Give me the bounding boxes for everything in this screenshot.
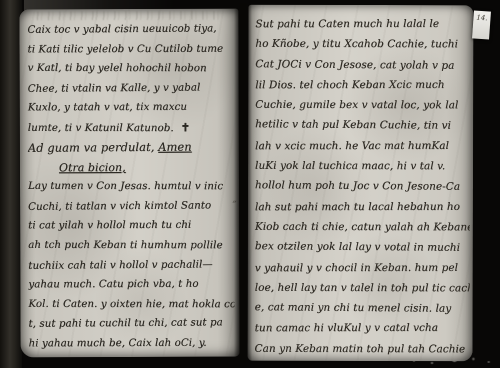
manuscript-line: ho Kñobe, y titu Xcahob Cachie, tuchi xyxy=(255,34,470,55)
book-gutter xyxy=(234,3,252,363)
manuscript-line: hollol hum poh tu Joc v Con Jesone-Ca xyxy=(255,176,470,198)
manuscript-line: e, cat mani yn chi tu menel cisin. lay xyxy=(255,297,470,319)
manuscript-line: Kiob cach ti chie, catun yalah ah Kebane xyxy=(255,217,470,238)
manuscript-line: Can yn Keban matin toh pul tah Cachie xyxy=(255,338,470,359)
manuscript-line: Sut pahi tu Caten much hu lalal le xyxy=(255,14,470,35)
section-heading-text: Otra bicion, xyxy=(59,161,126,174)
manuscript-line: lil Dios. tel choch Keban Xcic much xyxy=(255,75,470,96)
colophon-text: Ad guam va perdulat, xyxy=(28,140,158,155)
manuscript-line: ti Kati tilic yelelob v Cu Cutilob tume xyxy=(27,39,233,59)
manuscript-line: luKi yok lal tuchica maac, hi v tal v. xyxy=(255,156,470,177)
right-page-text: Sut pahi tu Caten much hu lalal le ho Kñ… xyxy=(248,5,474,360)
page-number-label: 14. xyxy=(475,14,488,40)
manuscript-line: hi yahau much be, Caix lah oCi, y. xyxy=(29,333,235,353)
manuscript-line: Cuchie, gumile bex v vatal loc, yok lal xyxy=(255,95,470,116)
manuscript-line: loe, hell lay tan v talel in toh pul tic… xyxy=(255,278,470,299)
manuscript-line: yahau much. Catu pich vba, t ho xyxy=(28,275,234,295)
manuscript-line: ti cat yilah v hollol much tu chi xyxy=(28,216,234,236)
manuscript-line: Cuchi, ti tatlan v vich kimtol Santo xyxy=(28,196,234,217)
left-page-text: Caix toc v yabal cisin ueuuicob tiya, ti… xyxy=(19,9,239,354)
manuscript-line: Chee, ti vtalin va Kalle, y v yabal xyxy=(28,78,234,99)
colophon-line: Ad guam va perdulat, Amen xyxy=(28,137,234,158)
manuscript-line: v Katl, ti bay yelel hohochil hobon xyxy=(28,59,234,79)
cross-icon: ✝ xyxy=(181,121,190,134)
manuscript-line: ah tch puch Keban ti humhum pollile xyxy=(28,236,234,256)
manuscript-line: lah v xcic much. he Vac mat humKal xyxy=(255,136,470,157)
manuscript-line: tun camac hi vluKul y v catal vcha xyxy=(255,318,470,339)
manuscript-line: Caix toc v yabal cisin ueuuicob tiya, xyxy=(27,19,233,40)
left-page: Caix toc v yabal cisin ueuuicob tiya, ti… xyxy=(19,9,239,358)
amen-word: Amen xyxy=(158,140,192,154)
manuscript-line: Kol. ti Caten. y oixten hie, mat hokla c… xyxy=(28,294,234,314)
manuscript-line: Lay tumen v Con Jesas. humtul v inic xyxy=(28,177,234,197)
manuscript-line: lah sut pahi mach tu lacal hebahun ho xyxy=(255,196,470,217)
manuscript-line: hetilic v tah pul Keban Cuchie, tin vi xyxy=(255,115,470,137)
section-heading: Otra bicion, xyxy=(28,157,234,177)
manuscript-line: tuchiix cah tali v hollol v pachalil— xyxy=(28,255,234,276)
manuscript-line: t, sut pahi tu cuchil tu chi, cat sut pa xyxy=(28,313,234,334)
manuscript-line: v yahauil y v chocil in Keban. hum pel xyxy=(255,257,470,278)
manuscript-line: bex otzilen yok lal lay v votal in muchi xyxy=(255,236,470,258)
manuscript-line: Kuxlo, y tatah v vat, tix maxcu xyxy=(28,98,234,118)
manuscript-line: lumte, ti v Katunil Katunob.✝ xyxy=(28,118,234,139)
manuscript-photo: Caix toc v yabal cisin ueuuicob tiya, ti… xyxy=(0,0,500,368)
page-number-tab: 14. xyxy=(472,10,491,39)
manuscript-line: Cat JOCi v Con Jesose, cat yolah v pa xyxy=(255,54,470,76)
manuscript-line-text: lumte, ti v Katunil Katunob. xyxy=(28,123,174,134)
right-page: Sut pahi tu Caten much hu lalal le ho Kñ… xyxy=(248,5,474,362)
